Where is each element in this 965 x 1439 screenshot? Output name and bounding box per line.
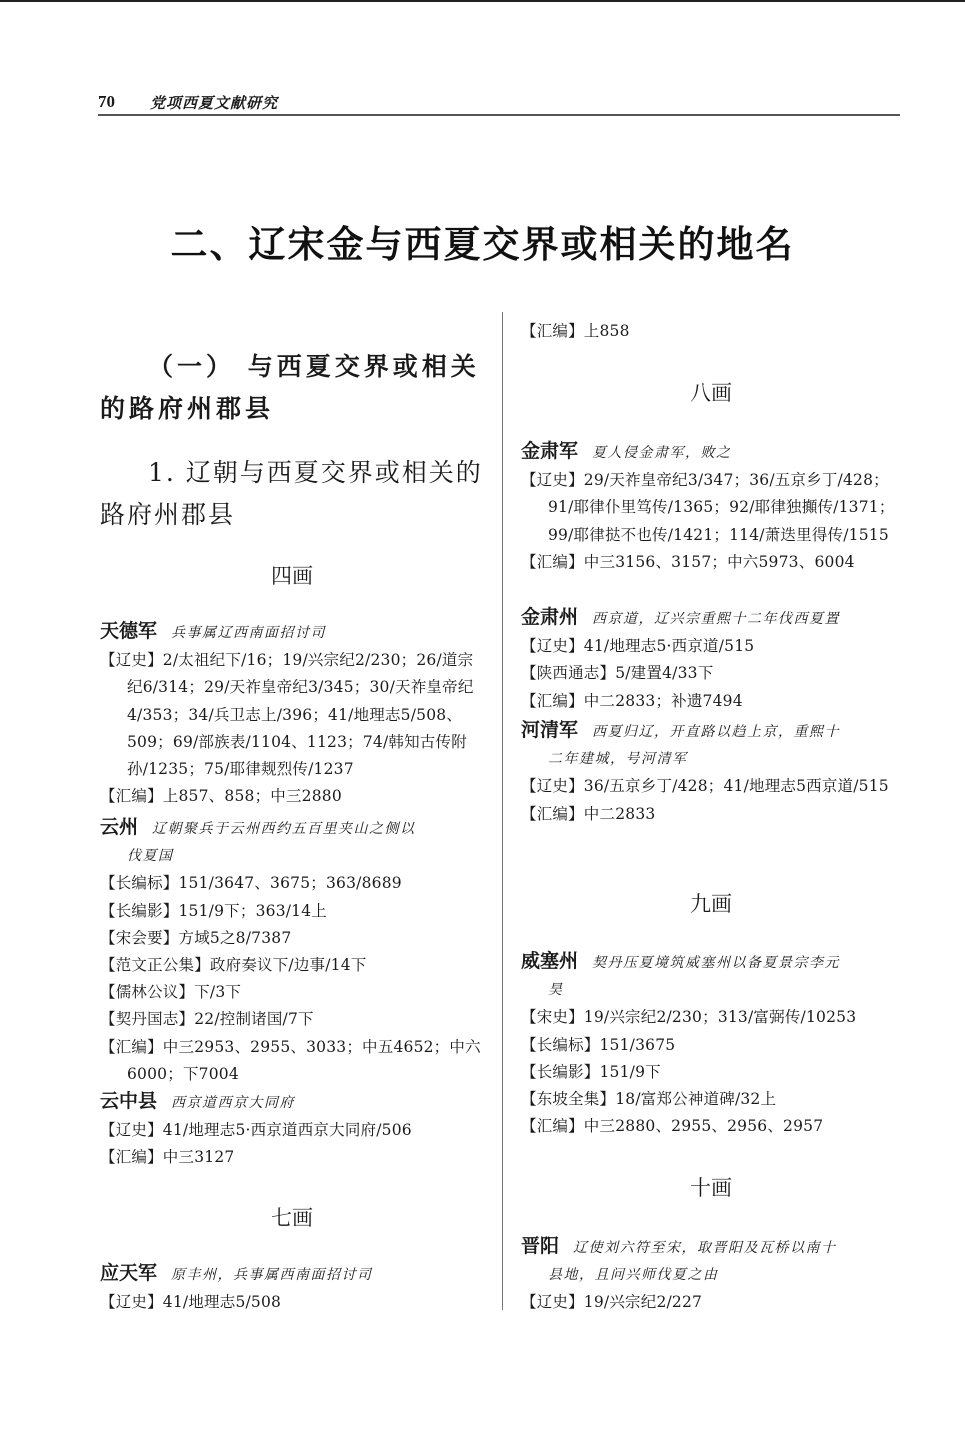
reference: 【辽史】36/五京乡丁/428；41/地理志5西京道/515 bbox=[521, 773, 903, 800]
reference: 【辽史】2/太祖纪下/16；19/兴宗纪2/230；26/道宗纪6/314；29… bbox=[100, 647, 484, 783]
reference: 【辽史】29/天祚皇帝纪3/347；36/五京乡丁/428；91/耶律仆里笃传/… bbox=[521, 467, 903, 549]
entry-jinsuzhou: 金肃州西京道，辽兴宗重熙十二年伐西夏置 【辽史】41/地理志5·西京道/515 … bbox=[521, 604, 903, 715]
entry-weisaizhou: 威塞州契丹压夏境筑威塞州以备夏景宗李元 昊 【宋史】19/兴宗纪2/230；31… bbox=[521, 948, 903, 1140]
entry-name: 晋阳 bbox=[521, 1235, 559, 1257]
stroke-heading-8: 八画 bbox=[519, 377, 903, 407]
reference: 【汇编】中三3156、3157；中六5973、6004 bbox=[521, 549, 903, 576]
entry-description-continued: 昊 bbox=[521, 977, 903, 1004]
reference: 【长编标】151/3647、3675；363/8689 bbox=[100, 870, 484, 897]
entry-description: 西京道，辽兴宗重熙十二年伐西夏置 bbox=[592, 611, 840, 627]
entry-name: 云州 bbox=[100, 816, 138, 838]
reference: 【汇编】中二2833 bbox=[521, 801, 903, 828]
running-head: 70 党项西夏文献研究 bbox=[98, 92, 900, 116]
entry-name: 应天军 bbox=[100, 1262, 157, 1284]
entry-description: 辽使刘六符至宋，取晋阳及瓦桥以南十 bbox=[573, 1240, 837, 1256]
reference: 【汇编】中二2833；补遗7494 bbox=[521, 688, 903, 715]
reference: 【汇编】上858 bbox=[521, 318, 903, 345]
book-title: 党项西夏文献研究 bbox=[150, 92, 278, 113]
carry-over-reference: 【汇编】上858 bbox=[521, 318, 903, 345]
reference: 【长编影】151/9下 bbox=[521, 1059, 903, 1086]
entry-name: 云中县 bbox=[100, 1090, 157, 1112]
entry-description: 西夏归辽，开直路以趋上京，重熙十 bbox=[592, 724, 840, 740]
entry-name: 河清军 bbox=[521, 719, 578, 741]
entry-name: 金肃州 bbox=[521, 606, 578, 628]
reference: 【儒林公议】下/3下 bbox=[100, 979, 484, 1006]
reference: 【宋会要】方域5之8/7387 bbox=[100, 925, 484, 952]
entry-description: 契丹压夏境筑威塞州以备夏景宗李元 bbox=[592, 955, 840, 971]
entry-yunzhongxian: 云中县西京道西京大同府 【辽史】41/地理志5·西京道西京大同府/506 【汇编… bbox=[100, 1088, 484, 1172]
reference: 【汇编】中三2880、2955、2956、2957 bbox=[521, 1113, 903, 1140]
page-number: 70 bbox=[98, 92, 115, 112]
entry-name: 威塞州 bbox=[521, 950, 578, 972]
entry-tiandejun: 天德军兵事属辽西南面招讨司 【辽史】2/太祖纪下/16；19/兴宗纪2/230；… bbox=[100, 618, 484, 810]
section-heading-1: （一） 与西夏交界或相关的路府州郡县 bbox=[100, 346, 484, 430]
entry-description: 西京道西京大同府 bbox=[171, 1095, 295, 1111]
entry-description-continued: 县地，且问兴师伐夏之由 bbox=[521, 1262, 903, 1289]
entry-description-continued: 伐夏国 bbox=[100, 843, 484, 870]
entry-description-continued: 二年建城，号河清军 bbox=[521, 746, 903, 773]
reference: 【长编标】151/3675 bbox=[521, 1032, 903, 1059]
reference: 【长编影】151/9下；363/14上 bbox=[100, 898, 484, 925]
column-divider bbox=[502, 312, 503, 1310]
stroke-heading-9: 九画 bbox=[519, 888, 903, 918]
page-top-edge bbox=[0, 0, 965, 2]
reference: 【辽史】41/地理志5/508 bbox=[100, 1289, 484, 1316]
entry-name: 天德军 bbox=[100, 620, 157, 642]
reference: 【辽史】41/地理志5·西京道/515 bbox=[521, 633, 903, 660]
entry-description: 原丰州，兵事属西南面招讨司 bbox=[171, 1267, 373, 1283]
reference: 【宋史】19/兴宗纪2/230；313/富弼传/10253 bbox=[521, 1004, 903, 1031]
chapter-title: 二、辽宋金与西夏交界或相关的地名 bbox=[0, 214, 965, 268]
header-rule bbox=[98, 114, 900, 116]
entry-yunzhou: 云州辽朝聚兵于云州西约五百里夹山之侧以 伐夏国 【长编标】151/3647、36… bbox=[100, 814, 484, 1088]
reference: 【汇编】中三2953、2955、3033；中五4652；中六6000；下7004 bbox=[100, 1034, 484, 1088]
entry-description: 夏人侵金肃军，败之 bbox=[592, 445, 732, 461]
entry-jinyang: 晋阳辽使刘六符至宋，取晋阳及瓦桥以南十 县地，且问兴师伐夏之由 【辽史】19/兴… bbox=[521, 1233, 903, 1317]
reference: 【汇编】上857、858；中三2880 bbox=[100, 783, 484, 810]
subsection-heading-1: 1. 辽朝与西夏交界或相关的路府州郡县 bbox=[100, 452, 484, 536]
reference: 【陕西通志】5/建置4/33下 bbox=[521, 660, 903, 687]
stroke-heading-4: 四画 bbox=[100, 560, 484, 590]
entry-description: 辽朝聚兵于云州西约五百里夹山之侧以 bbox=[152, 821, 416, 837]
reference: 【东坡全集】18/富郑公神道碑/32上 bbox=[521, 1086, 903, 1113]
reference: 【辽史】41/地理志5·西京道西京大同府/506 bbox=[100, 1117, 484, 1144]
entry-jinsujun: 金肃军夏人侵金肃军，败之 【辽史】29/天祚皇帝纪3/347；36/五京乡丁/4… bbox=[521, 438, 903, 576]
reference: 【契丹国志】22/控制诸国/7下 bbox=[100, 1006, 484, 1033]
stroke-heading-7: 七画 bbox=[100, 1202, 484, 1232]
entry-description: 兵事属辽西南面招讨司 bbox=[171, 625, 326, 641]
reference: 【汇编】中三3127 bbox=[100, 1144, 484, 1171]
reference: 【范文正公集】政府奏议下/边事/14下 bbox=[100, 952, 484, 979]
entry-name: 金肃军 bbox=[521, 440, 578, 462]
entry-heqingjun: 河清军西夏归辽，开直路以趋上京，重熙十 二年建城，号河清军 【辽史】36/五京乡… bbox=[521, 717, 903, 828]
reference: 【辽史】19/兴宗纪2/227 bbox=[521, 1289, 903, 1316]
entry-yingtianjun: 应天军原丰州，兵事属西南面招讨司 【辽史】41/地理志5/508 bbox=[100, 1260, 484, 1316]
stroke-heading-10: 十画 bbox=[519, 1172, 903, 1202]
